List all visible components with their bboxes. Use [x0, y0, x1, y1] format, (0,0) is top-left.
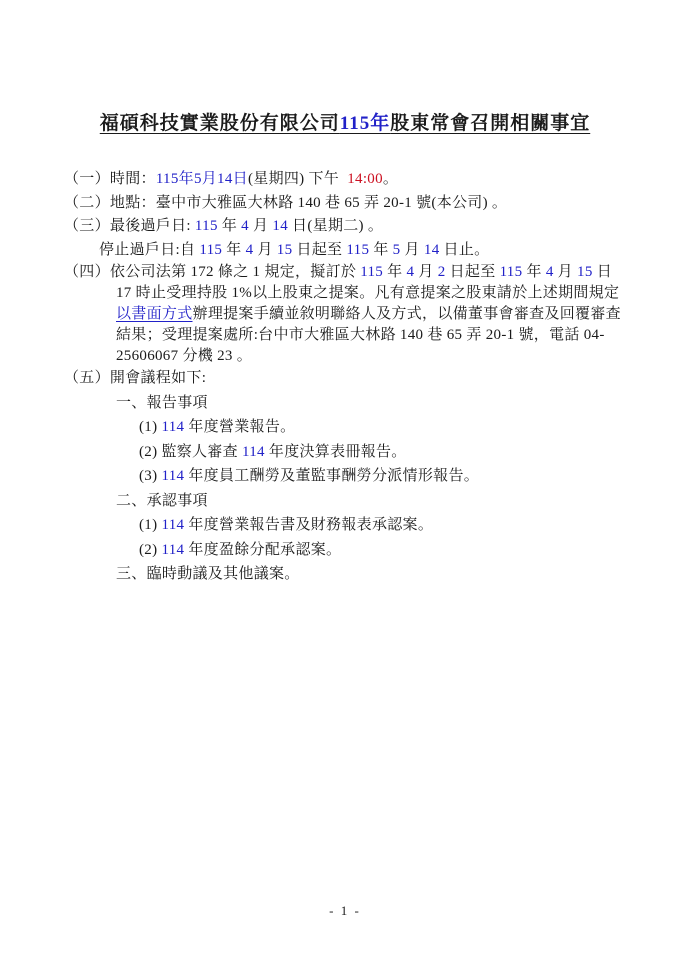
- line-approval-item-1: (1) 114 年度營業報告書及財務報表承認案。: [64, 513, 654, 538]
- highlight-blue-text: 115: [360, 264, 383, 280]
- text-segment: （三）最後過戶日:: [64, 218, 195, 234]
- text-segment: 。: [383, 171, 398, 187]
- highlight-blue-text: 以書面方式: [116, 306, 193, 322]
- text-segment: 年度決算表冊報告。: [265, 444, 407, 460]
- text-segment: （五）開會議程如下:: [64, 370, 206, 386]
- text-segment: 年: [522, 264, 545, 280]
- text-segment: (1): [139, 419, 161, 435]
- text-segment: 年: [218, 218, 241, 234]
- highlight-blue-text: 15: [277, 242, 293, 258]
- highlight-blue-text: 114: [242, 444, 265, 460]
- highlight-blue-text: 15: [577, 264, 593, 280]
- highlight-blue-text: 115年: [340, 113, 390, 134]
- text-segment: (2): [139, 542, 161, 558]
- text-segment: 辦理提案手續並敘明聯絡人及方式，以備董事會審查及回覆審查: [193, 306, 621, 322]
- text-segment: 年: [383, 264, 406, 280]
- line-proposal-rule-5: 25606067 分機 23 。: [64, 346, 654, 367]
- text-segment: 一、報告事項: [116, 395, 208, 411]
- text-segment: (1): [139, 517, 161, 533]
- text-segment: 日(星期二) 。: [288, 218, 383, 234]
- highlight-blue-text: 115: [199, 242, 222, 258]
- text-segment: 日: [593, 264, 612, 280]
- highlight-blue-text: 4: [241, 218, 249, 234]
- text-segment: （四）依公司法第 172 條之 1 規定，擬訂於: [64, 264, 360, 280]
- line-approval-item-2: (2) 114 年度盈餘分配承認案。: [64, 538, 654, 563]
- text-segment: 年度盈餘分配承認案。: [184, 542, 341, 558]
- document-body: （一）時間：115年5月14日(星期四) 下午 14:00。 （二）地點：臺中市…: [64, 168, 654, 587]
- line-agenda-heading: （五）開會議程如下:: [64, 367, 654, 391]
- document-page: 福碩科技實業股份有限公司115年股東常會召開相關事宜 （一）時間：115年5月1…: [0, 0, 690, 974]
- highlight-blue-text: 115年5月14日: [156, 171, 248, 187]
- document-title-text: 福碩科技實業股份有限公司115年股東常會召開相關事宜: [100, 113, 590, 134]
- line-meeting-place: （二）地點：臺中市大雅區大林路 140 巷 65 弄 20-1 號(本公司) 。: [64, 192, 654, 216]
- highlight-red-text: 14:00: [347, 171, 383, 187]
- text-segment: （一）時間：: [64, 171, 156, 187]
- text-segment: 月: [414, 264, 437, 280]
- line-misc-section: 三、臨時動議及其他議案。: [64, 562, 654, 587]
- highlight-blue-text: 114: [161, 419, 184, 435]
- text-segment: 年度營業報告。: [184, 419, 295, 435]
- text-segment: 股東常會召開相關事宜: [390, 113, 590, 134]
- text-segment: 結果；受理提案處所:台中市大雅區大林路 140 巷 65 弄 20-1 號，電話…: [116, 327, 605, 343]
- line-report-item-2: (2) 監察人審查 114 年度決算表冊報告。: [64, 440, 654, 465]
- text-segment: 年度營業報告書及財務報表承認案。: [184, 517, 433, 533]
- highlight-blue-text: 2: [438, 264, 446, 280]
- text-segment: 三、臨時動議及其他議案。: [116, 566, 300, 582]
- line-report-item-3: (3) 114 年度員工酬勞及董監事酬勞分派情形報告。: [64, 464, 654, 489]
- text-segment: 福碩科技實業股份有限公司: [100, 113, 340, 134]
- line-proposal-rule-3: 以書面方式辦理提案手續並敘明聯絡人及方式，以備董事會審查及回覆審查: [64, 304, 654, 325]
- highlight-blue-text: 115: [346, 242, 369, 258]
- line-meeting-time: （一）時間：115年5月14日(星期四) 下午 14:00。: [64, 168, 654, 192]
- highlight-blue-text: 14: [424, 242, 440, 258]
- highlight-blue-text: 114: [161, 542, 184, 558]
- highlight-blue-text: 14: [272, 218, 288, 234]
- text-segment: 月: [400, 242, 423, 258]
- text-segment: 17 時止受理持股 1%以上股東之提案。凡有意提案之股東請於上述期間規定: [116, 285, 619, 301]
- text-segment: (3): [139, 468, 161, 484]
- text-segment: 停止過戶日:自: [99, 242, 199, 258]
- highlight-blue-text: 114: [161, 468, 184, 484]
- page-number: - 1 -: [0, 903, 690, 919]
- document-title: 福碩科技實業股份有限公司115年股東常會召開相關事宜: [0, 108, 690, 135]
- text-segment: （二）地點：臺中市大雅區大林路 140 巷 65 弄 20-1 號(本公司) 。: [64, 195, 507, 211]
- line-stop-transfer-period: 停止過戶日:自 115 年 4 月 15 日起至 115 年 5 月 14 日止…: [64, 239, 654, 263]
- text-segment: 日起至: [292, 242, 346, 258]
- text-segment: 年度員工酬勞及董監事酬勞分派情形報告。: [184, 468, 479, 484]
- text-segment: (星期四) 下午: [248, 171, 347, 187]
- text-segment: 月: [253, 242, 276, 258]
- highlight-blue-text: 114: [161, 517, 184, 533]
- text-segment: 年: [222, 242, 245, 258]
- line-approval-section: 二、承認事項: [64, 489, 654, 514]
- text-segment: 二、承認事項: [116, 493, 208, 509]
- line-record-date: （三）最後過戶日: 115 年 4 月 14 日(星期二) 。: [64, 215, 654, 239]
- text-segment: 年: [369, 242, 392, 258]
- highlight-blue-text: 115: [195, 218, 218, 234]
- line-proposal-rule-2: 17 時止受理持股 1%以上股東之提案。凡有意提案之股東請於上述期間規定: [64, 283, 654, 304]
- text-segment: (2) 監察人審查: [139, 444, 242, 460]
- text-segment: 25606067 分機 23 。: [116, 348, 252, 364]
- line-proposal-rule-4: 結果；受理提案處所:台中市大雅區大林路 140 巷 65 弄 20-1 號，電話…: [64, 325, 654, 346]
- line-report-section: 一、報告事項: [64, 391, 654, 416]
- text-segment: 日起至: [446, 264, 500, 280]
- line-proposal-rule-1: （四）依公司法第 172 條之 1 規定，擬訂於 115 年 4 月 2 日起至…: [64, 262, 654, 283]
- highlight-blue-text: 4: [546, 264, 554, 280]
- text-segment: 日止。: [440, 242, 490, 258]
- text-segment: 月: [249, 218, 272, 234]
- text-segment: 月: [554, 264, 577, 280]
- highlight-blue-text: 115: [500, 264, 523, 280]
- line-report-item-1: (1) 114 年度營業報告。: [64, 415, 654, 440]
